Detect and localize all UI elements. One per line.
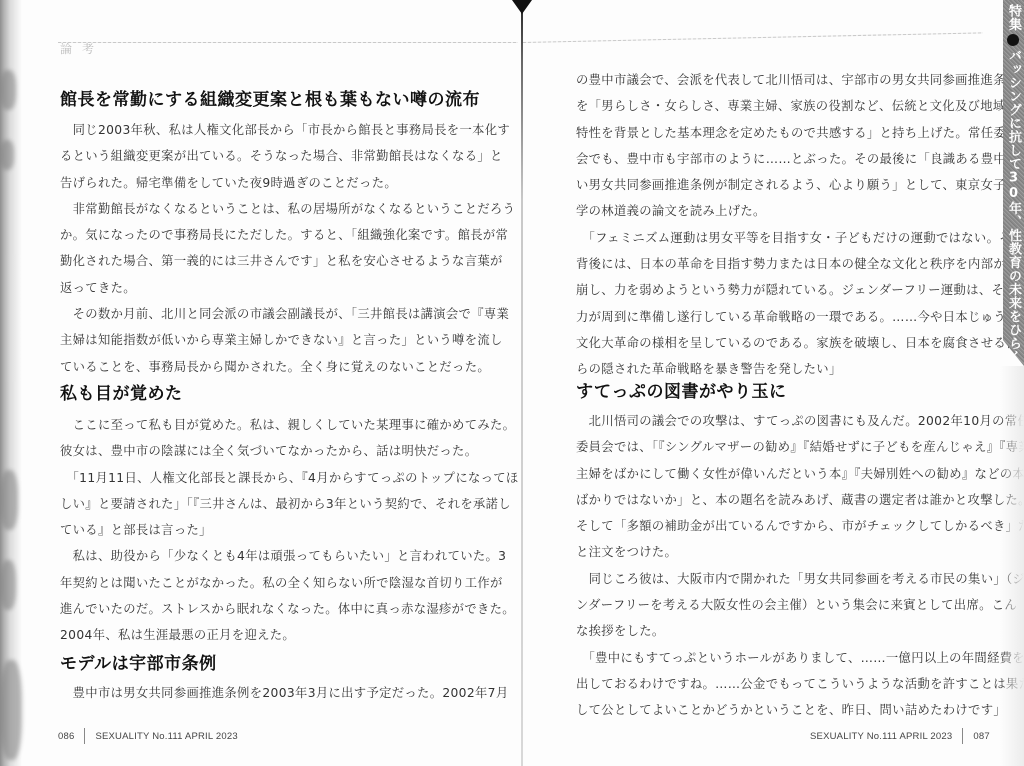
- text-line: 「豊中にもすてっぷというホールがありまして、……一億円以上の年間経費を: [576, 645, 978, 671]
- magazine-issue: SEXUALITY No.111 APRIL 2023: [95, 731, 237, 742]
- magazine-issue: SEXUALITY No.111 APRIL 2023: [810, 731, 952, 742]
- text-line: ここに至って私も目が覚めた。私は、親しくしていた某理事に確かめてみた。: [60, 412, 470, 438]
- text-line: 崩し、力を弱めようという勢力が隠れている。ジェンダーフリー運動は、その勢: [576, 277, 978, 303]
- text-line: 告げられた。帰宅準備をしていた夜9時過ぎのことだった。: [60, 170, 470, 196]
- text-line: 出しておるわけですね。……公金でもってこういうような活動を許すことは果た: [576, 671, 978, 697]
- text-line: 非常勤館長がなくなるということは、私の居場所がなくなるということだろう: [60, 196, 470, 222]
- feature-tab-label: 特集バッシングに抗して30年、性教育の未来をひらく: [1003, 4, 1024, 364]
- text-line: 「11月11日、人権文化部長と課長から、『4月からすてっぷのトップになってほ: [60, 465, 470, 491]
- footer-divider: [962, 728, 963, 744]
- feature-prefix: 特集: [1006, 4, 1021, 31]
- magazine-spread: 論考 館長を常勤にする組織変更案と根も葉もない噂の流布 同じ2003年秋、私は人…: [0, 0, 1024, 766]
- text-line: 彼女は、豊中市の陰謀には全く気づいてなかったから、話は明快だった。: [60, 438, 470, 464]
- bullet-dot-icon: [1007, 34, 1019, 46]
- text-line: 委員会では、「『シングルマザーの勧め』『結婚せずに子どもを産んじゃえ』『専業: [576, 434, 978, 460]
- text-line: か。気になったので事務局長にただした。すると、「組織強化案です。館長が常: [60, 222, 470, 248]
- section-heading: モデルは宇部市条例: [60, 652, 217, 676]
- article-paragraph-block: 豊中市は男女共同参画推進条例を2003年3月に出す予定だった。2002年7月: [60, 680, 470, 706]
- text-line: 学の林道義の論文を読み上げた。: [576, 198, 978, 224]
- text-line: 同じ2003年秋、私は人権文化部長から「市長から館長と事務局長を一本化す: [60, 117, 470, 143]
- page-number: 087: [973, 731, 989, 742]
- article-paragraph-block: ここに至って私も目が覚めた。私は、親しくしていた某理事に確かめてみた。 彼女は、…: [60, 412, 470, 649]
- text-line: な挨拶をした。: [576, 618, 978, 644]
- feature-title: バッシングに抗して30年、性教育の未来をひらく: [1006, 49, 1021, 364]
- text-line: しい』と要請された」「『三井さんは、最初から3年という契約で、それを承諾し: [60, 491, 470, 517]
- right-page: の豊中市議会で、会派を代表して北川悟司は、宇部市の男女共同参画推進条例 を「男ら…: [572, 0, 972, 766]
- section-heading: すてっぷの図書がやり玉に: [576, 380, 787, 404]
- text-line: ている』と部長は言った」: [60, 517, 470, 543]
- text-line: 特性を背景とした基本理念を定めたもので共感する」と持ち上げた。常任委員: [576, 120, 978, 146]
- text-line: 同じころ彼は、大阪市内で開かれた「男女共同参画を考える市民の集い」（ジェ: [576, 566, 978, 592]
- text-line: 文化大革命の様相を呈しているのである。家族を破壊し、日本を腐食させる彼: [576, 330, 978, 356]
- text-line: い男女共同参画推進条例が制定されるよう、心より願う」として、東京女子大: [576, 172, 978, 198]
- text-line: ていることを、事務局長から聞かされた。全く身に覚えのないことだった。: [60, 354, 470, 380]
- text-line: ばかりではないか」と、本の題名を読みあげ、蔵書の選定者は誰かと攻撃した。: [576, 487, 978, 513]
- text-line: 会でも、豊中市も宇部市のように……とぶった。その最後に「良識ある豊中らし: [576, 146, 978, 172]
- text-line: 背後には、日本の革命を目指す勢力または日本の健全な文化と秩序を内部から: [576, 251, 978, 277]
- page-number: 086: [58, 731, 74, 742]
- text-line: 2004年、私は生涯最悪の正月を迎えた。: [60, 622, 470, 648]
- page-footer-right: SEXUALITY No.111 APRIL 2023 087: [810, 728, 990, 744]
- text-line: 北川悟司の議会での攻撃は、すてっぷの図書にも及んだ。2002年10月の常任: [576, 408, 978, 434]
- text-line: 返ってきた。: [60, 275, 470, 301]
- text-line: そして「多額の補助金が出ているんですから、市がチェックしてしかるべき」だ: [576, 513, 978, 539]
- text-line: の豊中市議会で、会派を代表して北川悟司は、宇部市の男女共同参画推進条例: [576, 67, 978, 93]
- text-line: を「男らしさ・女らしさ、専業主婦、家族の役割など、伝統と文化及び地域的: [576, 93, 978, 119]
- footer-divider: [84, 728, 85, 744]
- article-paragraph-block: の豊中市議会で、会派を代表して北川悟司は、宇部市の男女共同参画推進条例 を「男ら…: [576, 67, 978, 383]
- article-paragraph-block: 同じ2003年秋、私は人権文化部長から「市長から館長と事務局長を一本化す るとい…: [60, 117, 470, 380]
- feature-side-tab: 特集バッシングに抗して30年、性教育の未来をひらく: [1003, 0, 1024, 366]
- text-line: るという組織変更案が出ている。そうなった場合、非常勤館長はなくなる」と: [60, 143, 470, 169]
- section-heading: 私も目が覚めた: [60, 382, 183, 406]
- page-edge: [1000, 366, 1024, 766]
- article-paragraph-block: 北川悟司の議会での攻撃は、すてっぷの図書にも及んだ。2002年10月の常任 委員…: [576, 408, 978, 724]
- text-line: 進んでいたのだ。ストレスから眠れなくなった。体中に真っ赤な湿疹ができた。: [60, 596, 470, 622]
- text-line: 力が周到に準備し遂行している革命戦略の一環である。……今や日本じゅうが: [576, 304, 978, 330]
- text-line: らの隠された革命戦略を暴き警告を発したい」: [576, 356, 978, 382]
- text-line: 私は、助役から「少なくとも4年は頑張ってもらいたい」と言われていた。3: [60, 543, 470, 569]
- text-line: 勤化された場合、第一義的には三井さんです」と私を安心させるような言葉が: [60, 248, 470, 274]
- scan-edge-shadow: [0, 0, 22, 766]
- page-footer-left: 086 SEXUALITY No.111 APRIL 2023: [58, 728, 238, 744]
- left-page: 館長を常勤にする組織変更案と根も葉もない噂の流布 同じ2003年秋、私は人権文化…: [56, 0, 476, 766]
- binding-mark-icon: [512, 0, 532, 14]
- text-line: して公としてよいことかどうかということを、昨日、問い詰めたわけです」: [576, 697, 978, 723]
- text-line: その数か月前、北川と同会派の市議会副議長が、「三井館長は講演会で『専業: [60, 301, 470, 327]
- text-line: と注文をつけた。: [576, 539, 978, 565]
- text-line: 年契約とは聞いたことがなかった。私の全く知らない所で陰湿な首切り工作が: [60, 570, 470, 596]
- text-line: 豊中市は男女共同参画推進条例を2003年3月に出す予定だった。2002年7月: [60, 680, 470, 706]
- text-line: 主婦をばかにして働く女性が偉いんだという本』『夫婦別姓への勧め』などの本: [576, 461, 978, 487]
- center-gutter: [521, 0, 523, 766]
- text-line: 「フェミニズム運動は男女平等を目指す女・子どもだけの運動ではない。その: [576, 225, 978, 251]
- section-heading: 館長を常勤にする組織変更案と根も葉もない噂の流布: [60, 88, 480, 112]
- text-line: ンダーフリーを考える大阪女性の会主催）という集会に来賓として出席。こん: [576, 592, 978, 618]
- text-line: 主婦は知能指数が低いから専業主婦しかできない』と言った」という噂を流し: [60, 327, 470, 353]
